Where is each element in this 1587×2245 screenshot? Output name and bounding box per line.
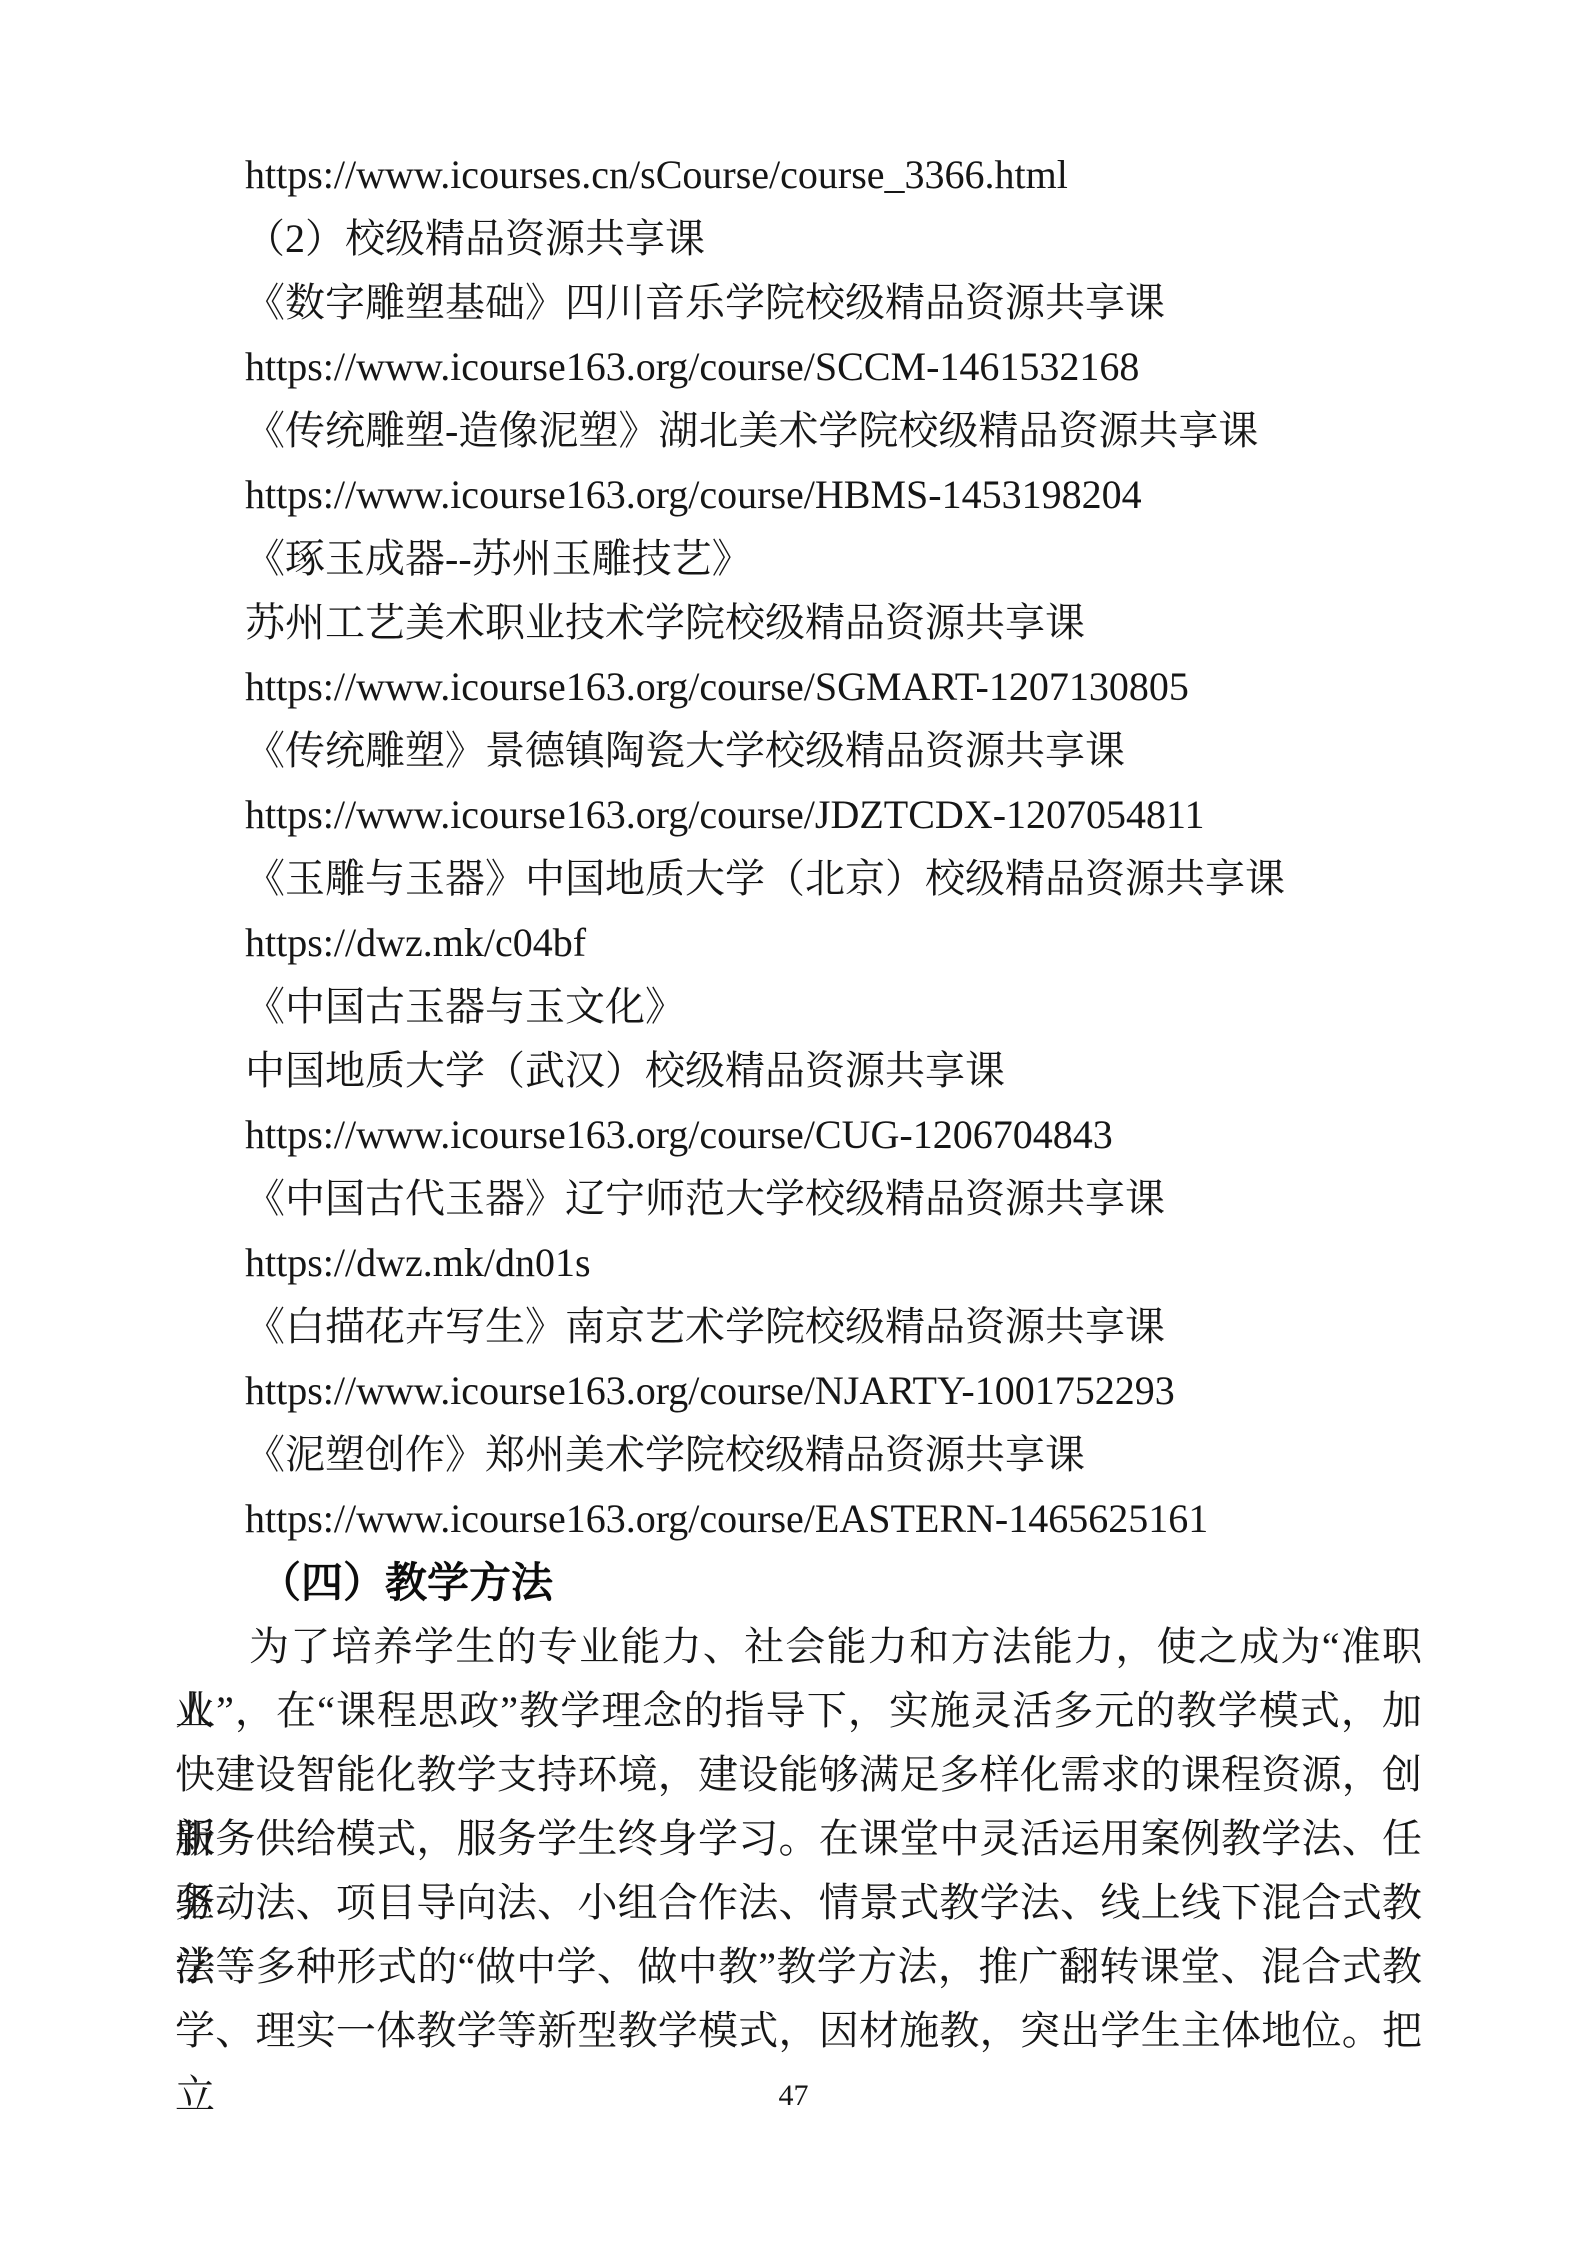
paragraph-line: 快建设智能化教学支持环境，建设能够满足多样化需求的课程资源，创新 [175,1743,1422,1807]
course-title-line: （2）校级精品资源共享课 [175,207,1422,271]
course-title-line: 《琢玉成器--苏州玉雕技艺》 [175,527,1422,591]
course-title-line: 《数字雕塑基础》四川音乐学院校级精品资源共享课 [175,271,1422,335]
paragraph-line: 驱动法、项目导向法、小组合作法、情景式教学法、线上线下混合式教学 [175,1871,1422,1935]
course-url-line: https://www.icourse163.org/course/HBMS-1… [175,463,1422,527]
course-title-line: 苏州工艺美术职业技术学院校级精品资源共享课 [175,591,1422,655]
course-title-line: 《泥塑创作》郑州美术学院校级精品资源共享课 [175,1423,1422,1487]
paragraph-line: 学、理实一体教学等新型教学模式，因材施教，突出学生主体地位。把立 [175,1999,1422,2063]
document-page: https://www.icourses.cn/sCourse/course_3… [0,0,1587,2245]
course-title-line: 《白描花卉写生》南京艺术学院校级精品资源共享课 [175,1295,1422,1359]
course-url-line: https://www.icourse163.org/course/JDZTCD… [175,783,1422,847]
paragraph-line: 人”，在“课程思政”教学理念的指导下，实施灵活多元的教学模式，加 [175,1679,1422,1743]
page-content: https://www.icourses.cn/sCourse/course_3… [175,143,1422,2063]
section-heading-teaching-methods: （四）教学方法 [175,1551,1422,1615]
paragraph-line: 服务供给模式，服务学生终身学习。在课堂中灵活运用案例教学法、任务 [175,1807,1422,1871]
course-url-line: https://www.icourse163.org/course/SGMART… [175,655,1422,719]
course-title-line: 《传统雕塑》景德镇陶瓷大学校级精品资源共享课 [175,719,1422,783]
course-title-line: 《中国古玉器与玉文化》 [175,975,1422,1039]
course-url-line: https://www.icourse163.org/course/EASTER… [175,1487,1422,1551]
paragraph-line: 法等多种形式的“做中学、做中教”教学方法，推广翻转课堂、混合式教 [175,1935,1422,1999]
course-url-line: https://www.icourses.cn/sCourse/course_3… [175,143,1422,207]
page-number: 47 [0,2078,1587,2114]
course-url-line: https://www.icourse163.org/course/CUG-12… [175,1103,1422,1167]
course-url-line: https://www.icourse163.org/course/NJARTY… [175,1359,1422,1423]
course-url-line: https://www.icourse163.org/course/SCCM-1… [175,335,1422,399]
paragraph-line: 为了培养学生的专业能力、社会能力和方法能力，使之成为“准职业 [175,1615,1422,1679]
course-title-line: 《传统雕塑-造像泥塑》湖北美术学院校级精品资源共享课 [175,399,1422,463]
course-title-line: 《中国古代玉器》辽宁师范大学校级精品资源共享课 [175,1167,1422,1231]
course-url-line: https://dwz.mk/c04bf [175,911,1422,975]
course-title-line: 《玉雕与玉器》中国地质大学（北京）校级精品资源共享课 [175,847,1422,911]
teaching-method-paragraph: 为了培养学生的专业能力、社会能力和方法能力，使之成为“准职业人”，在“课程思政”… [175,1615,1422,2063]
course-title-line: 中国地质大学（武汉）校级精品资源共享课 [175,1039,1422,1103]
body-lines: https://www.icourses.cn/sCourse/course_3… [175,143,1422,1551]
course-url-line: https://dwz.mk/dn01s [175,1231,1422,1295]
